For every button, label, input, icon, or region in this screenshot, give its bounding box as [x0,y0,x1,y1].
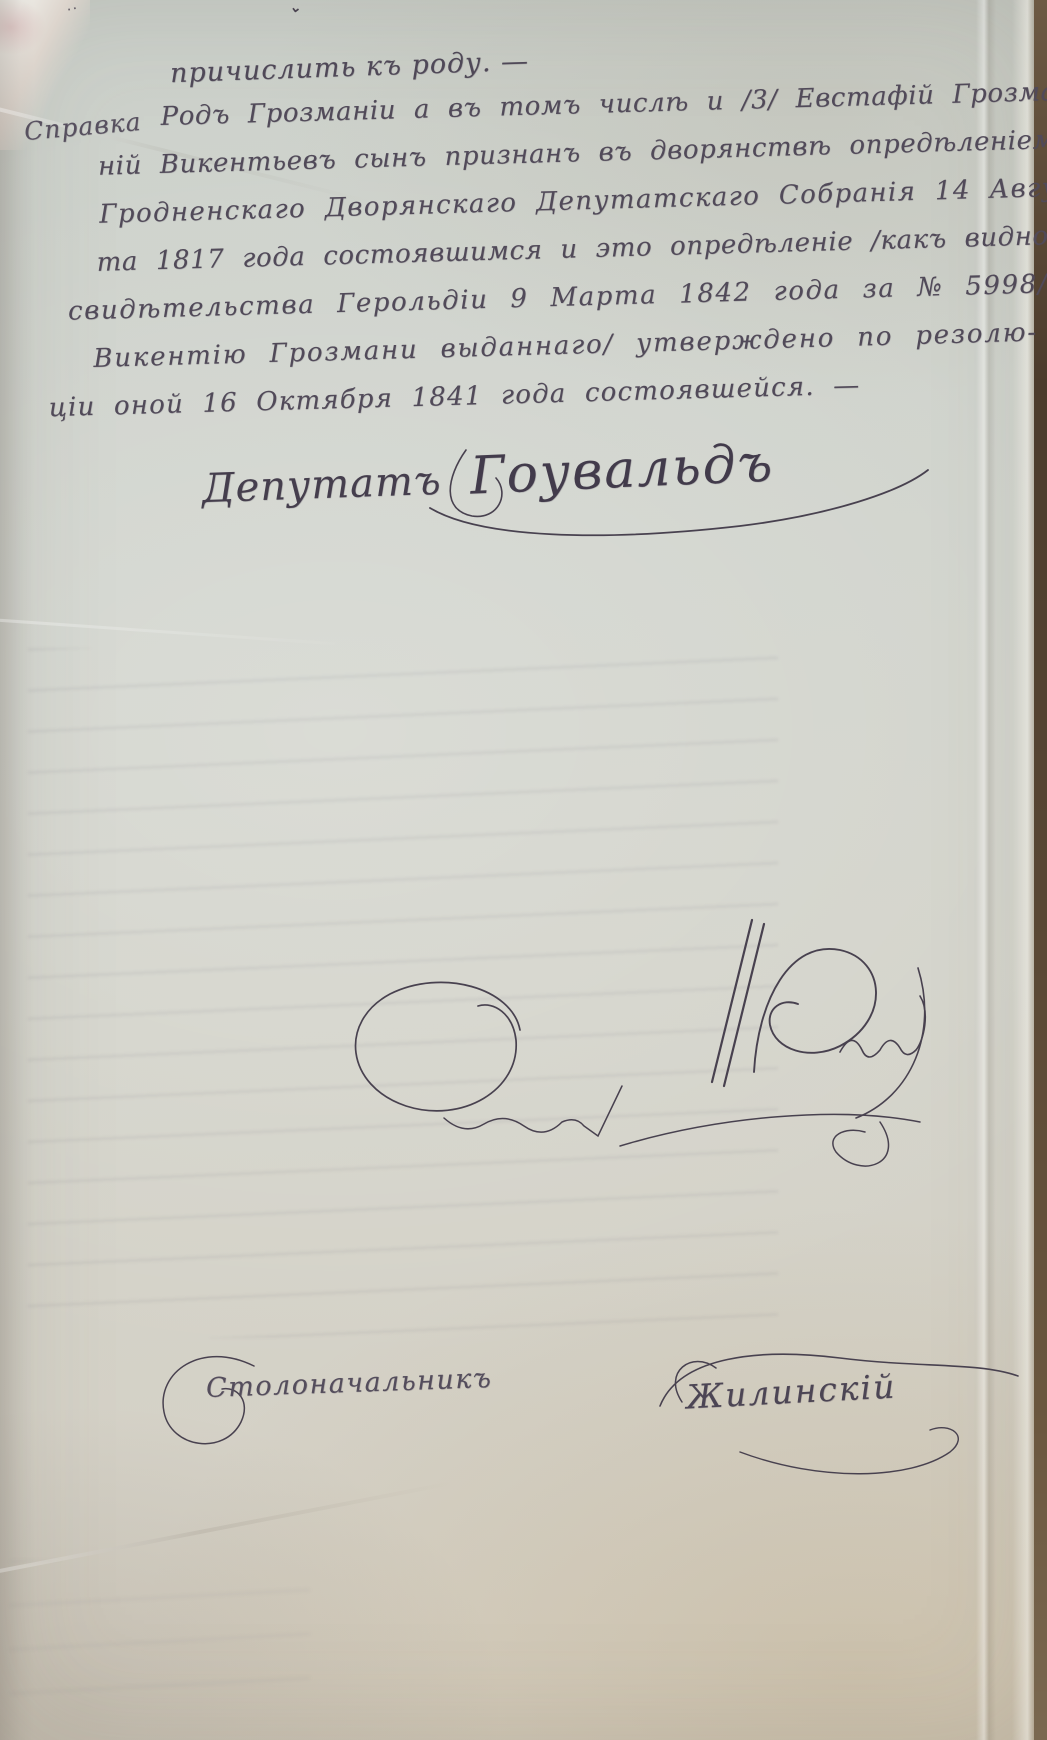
deputy-signature-swash [180,430,940,550]
document-photo: ⌄ ۰۰ причислить къ роду. — Справка Родъ … [0,0,1047,1740]
ink-bleedthrough-bottom [10,1560,310,1720]
body-paragraph: Родъ Грозманіи а въ томъ числѣ и /3/ Евс… [52,69,1041,432]
ink-speck: ۰۰ [65,1,79,16]
middle-signature-flourish [320,880,940,1180]
clerk-signature-swash [620,1330,1040,1490]
ink-tick-mark: ⌄ [289,0,303,17]
